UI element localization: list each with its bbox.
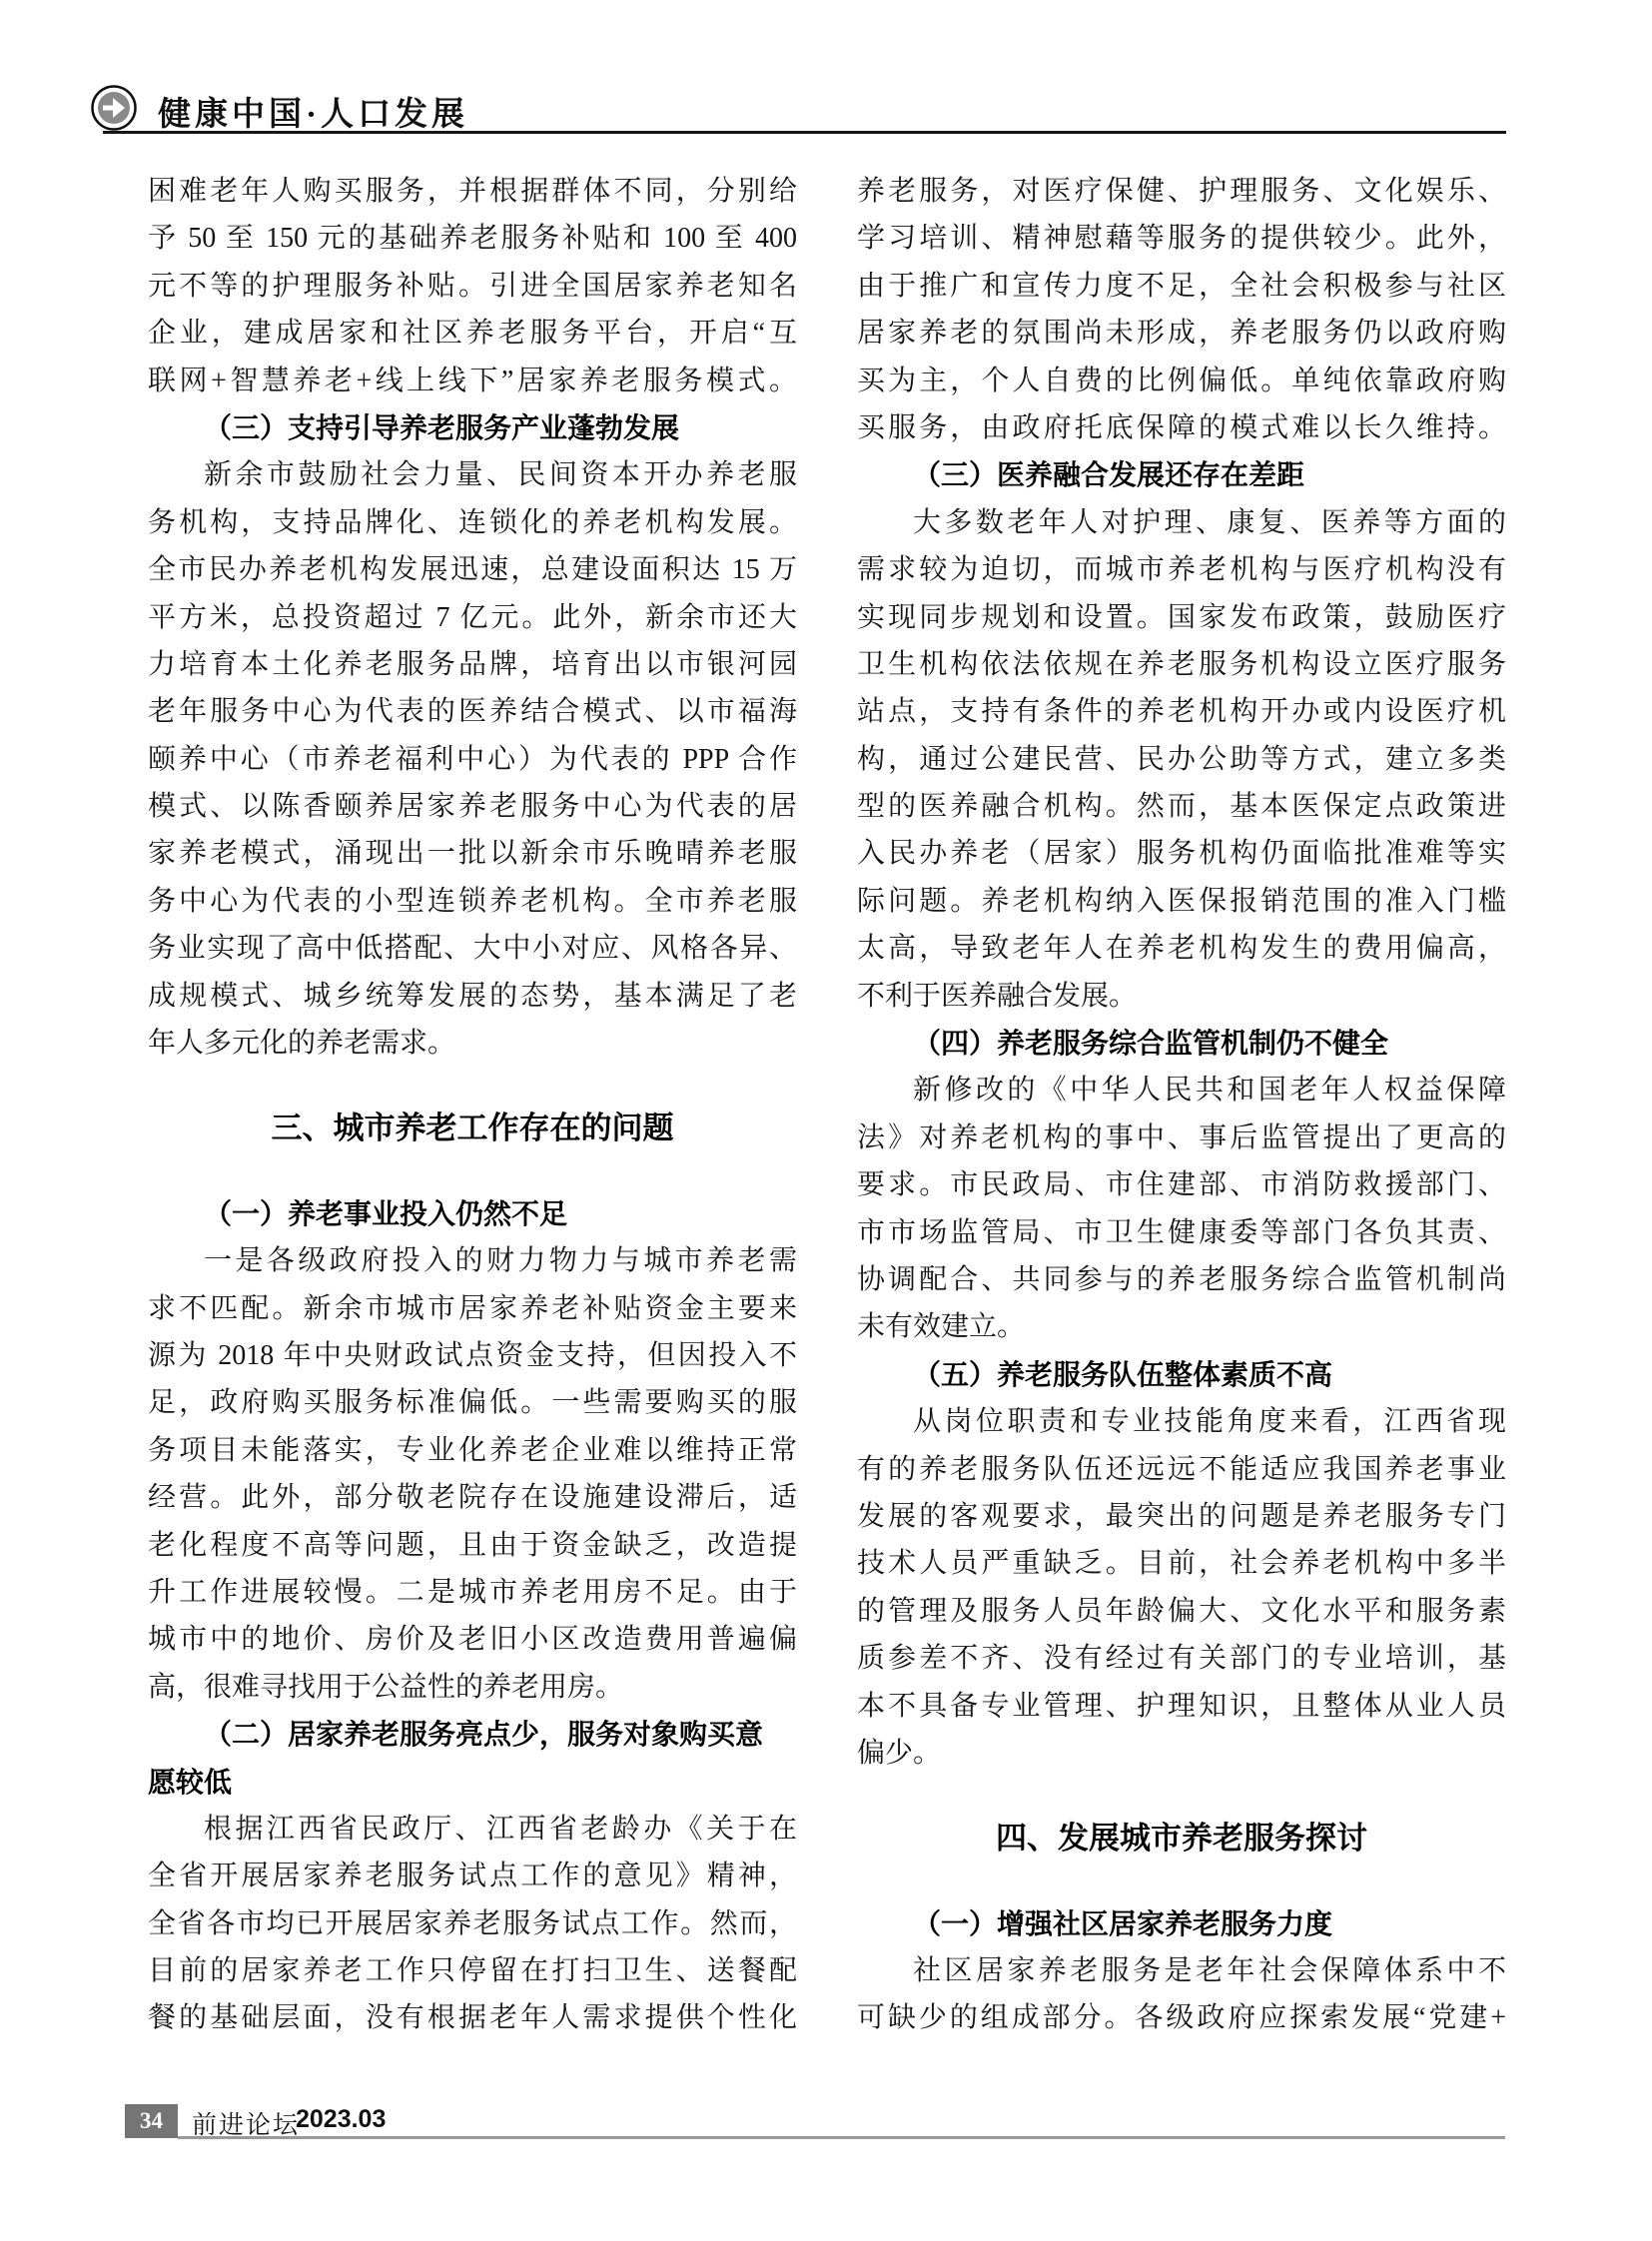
text-line: 足，政府购买服务标准偏低。一些需要购买的服 (148, 1379, 797, 1426)
footer-rule (178, 2136, 1505, 2139)
text-line: 颐养中心（市养老福利中心）为代表的 PPP 合作 (148, 736, 797, 783)
text-line: 可缺少的组成部分。各级政府应探索发展“党建+ (857, 1994, 1506, 2041)
text-line: 老年服务中心为代表的医养结合模式、以市福海 (148, 688, 797, 735)
text-line: 城市中的地价、房价及老旧小区改造费用普遍偏 (148, 1616, 797, 1663)
text-line: 买服务，由政府托底保障的模式难以长久维持。 (857, 404, 1506, 451)
text-line: 技术人员严重缺乏。目前，社会养老机构中多半 (857, 1540, 1506, 1587)
text-line: 际问题。养老机构纳入医保报销范围的准入门槛 (857, 878, 1506, 925)
subsection-heading: （三）医养融合发展还存在差距 (857, 451, 1506, 498)
text-line: 有的养老服务队伍还远远不能适应我国养老事业 (857, 1446, 1506, 1493)
text-line: 务机构，支持品牌化、连锁化的养老机构发展。 (148, 499, 797, 546)
text-line: 务中心为代表的小型连锁养老机构。全市养老服 (148, 878, 797, 925)
text-line: 发展的客观要求，最突出的问题是养老服务专门 (857, 1493, 1506, 1540)
text-line: 全省开展居家养老服务试点工作的意见》精神， (148, 1853, 797, 1899)
text-line: 由于推广和宣传力度不足，全社会积极参与社区 (857, 263, 1506, 310)
text-line: 务业实现了高中低搭配、大中小对应、风格各异、 (148, 925, 797, 972)
text-line: 企业，建成居家和社区养老服务平台，开启“互 (148, 310, 797, 357)
text-line: 一是各级政府投入的财力物力与城市养老需 (148, 1237, 797, 1284)
text-line: 偏少。 (857, 1730, 1506, 1777)
text-line: 困难老年人购买服务，并根据群体不同，分别给 (148, 168, 797, 215)
text-line: 联网+智慧养老+线上线下”居家养老服务模式。 (148, 358, 797, 404)
text-line: 买为主，个人自费的比例偏低。单纯依靠政府购 (857, 358, 1506, 404)
subsection-heading: （三）支持引导养老服务产业蓬勃发展 (148, 404, 797, 451)
right-column: 养老服务，对医疗保健、护理服务、文化娱乐、学习培训、精神慰藉等服务的提供较少。此… (857, 168, 1506, 2042)
section-heading: 四、发展城市养老服务探讨 (857, 1815, 1506, 1862)
text-line: 从岗位职责和专业技能角度来看，江西省现 (857, 1398, 1506, 1445)
text-line: 经营。此外，部分敬老院存在设施建设滞后，适 (148, 1474, 797, 1521)
text-line: 法》对养老机构的事中、事后监管提出了更高的 (857, 1115, 1506, 1161)
text-line: 市市场监管局、市卫生健康委等部门各负其责、 (857, 1209, 1506, 1256)
text-line: 型的医养融合机构。然而，基本医保定点政策进 (857, 783, 1506, 830)
page-number-badge: 34 (125, 2104, 178, 2138)
subsection-heading: （一）养老事业投入仍然不足 (148, 1190, 797, 1237)
text-line: 全省各市均已开展居家养老服务试点工作。然而， (148, 1900, 797, 1947)
arrow-right-circle-icon (90, 84, 138, 132)
text-line: 全市民办养老机构发展迅速，总建设面积达 15 万 (148, 546, 797, 593)
text-line: 需求较为迫切，而城市养老机构与医疗机构没有 (857, 546, 1506, 593)
text-line: 不利于医养融合发展。 (857, 973, 1506, 1020)
text-line: 质参差不齐、没有经过有关部门的专业培训，基 (857, 1635, 1506, 1682)
text-line: 家养老模式，涌现出一批以新余市乐晚晴养老服 (148, 830, 797, 877)
text-line: 社区居家养老服务是老年社会保障体系中不 (857, 1947, 1506, 1994)
text-line: 新余市鼓励社会力量、民间资本开办养老服 (148, 451, 797, 498)
text-line: 本不具备专业管理、护理知识，且整体从业人员 (857, 1683, 1506, 1730)
left-column: 困难老年人购买服务，并根据群体不同，分别给予 50 至 150 元的基础养老服务… (148, 168, 797, 2042)
subsection-heading: （五）养老服务队伍整体素质不高 (857, 1351, 1506, 1398)
text-line: 根据江西省民政厅、江西省老龄办《关于在 (148, 1806, 797, 1853)
text-line: 新修改的《中华人民共和国老年人权益保障 (857, 1067, 1506, 1114)
text-line: 源为 2018 年中央财政试点资金支持，但因投入不 (148, 1332, 797, 1379)
text-line: 务项目未能落实，专业化养老企业难以维持正常 (148, 1427, 797, 1474)
text-line: 卫生机构依法依规在养老服务机构设立医疗服务 (857, 641, 1506, 688)
subsection-heading: （四）养老服务综合监管机制仍不健全 (857, 1020, 1506, 1067)
text-line: 实现同步规划和设置。国家发布政策，鼓励医疗 (857, 594, 1506, 641)
text-line: 养老服务，对医疗保健、护理服务、文化娱乐、 (857, 168, 1506, 215)
subsection-heading: （二）居家养老服务亮点少，服务对象购买意 (148, 1711, 797, 1758)
subsection-heading: 愿较低 (148, 1759, 797, 1806)
subsection-heading: （一）增强社区居家养老服务力度 (857, 1900, 1506, 1947)
text-line: 构，通过公建民营、民办公助等方式，建立多类 (857, 736, 1506, 783)
text-line: 元不等的护理服务补贴。引进全国居家养老知名 (148, 263, 797, 310)
text-line: 入民办养老（居家）服务机构仍面临批准难等实 (857, 830, 1506, 877)
text-line: 太高，导致老年人在养老机构发生的费用偏高， (857, 925, 1506, 972)
text-line: 平方米，总投资超过 7 亿元。此外，新余市还大 (148, 594, 797, 641)
issue-number: 2023.03 (296, 2105, 386, 2134)
text-line: 协调配合、共同参与的养老服务综合监管机制尚 (857, 1256, 1506, 1303)
text-line: 老化程度不高等问题，且由于资金缺乏，改造提 (148, 1522, 797, 1569)
header-rule (103, 131, 1506, 134)
text-line: 的管理及服务人员年龄偏大、文化水平和服务素 (857, 1588, 1506, 1635)
text-line: 力培育本土化养老服务品牌，培育出以市银河园 (148, 641, 797, 688)
text-line: 大多数老年人对护理、康复、医养等方面的 (857, 499, 1506, 546)
section-heading: 三、城市养老工作存在的问题 (148, 1105, 797, 1151)
text-line: 求不匹配。新余市城市居家养老补贴资金主要来 (148, 1285, 797, 1332)
text-line: 要求。市民政局、市住建部、市消防救援部门、 (857, 1161, 1506, 1208)
text-line: 年人多元化的养老需求。 (148, 1020, 797, 1067)
text-line: 居家养老的氛围尚未形成，养老服务仍以政府购 (857, 310, 1506, 357)
text-line: 予 50 至 150 元的基础养老服务补贴和 100 至 400 (148, 215, 797, 262)
text-line: 餐的基础层面，没有根据老年人需求提供个性化 (148, 1994, 797, 2041)
text-line: 模式、以陈香颐养居家养老服务中心为代表的居 (148, 783, 797, 830)
document-page: 健康中国·人口发展 困难老年人购买服务，并根据群体不同，分别给予 50 至 15… (0, 0, 1652, 2241)
text-line: 未有效建立。 (857, 1303, 1506, 1350)
column-header-title: 健康中国·人口发展 (158, 88, 468, 135)
text-line: 目前的居家养老工作只停留在打扫卫生、送餐配 (148, 1947, 797, 1994)
text-line: 成规模式、城乡统筹发展的态势，基本满足了老 (148, 973, 797, 1020)
text-line: 学习培训、精神慰藉等服务的提供较少。此外， (857, 215, 1506, 262)
text-line: 升工作进展较慢。二是城市养老用房不足。由于 (148, 1569, 797, 1616)
text-line: 高，很难寻找用于公益性的养老用房。 (148, 1664, 797, 1711)
text-line: 站点，支持有条件的养老机构开办或内设医疗机 (857, 688, 1506, 735)
